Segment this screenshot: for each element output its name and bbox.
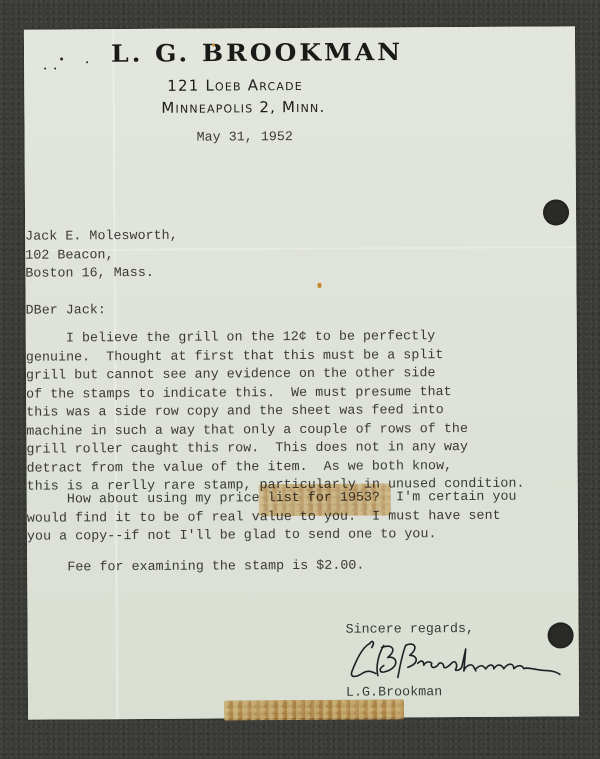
punch-hole-top (543, 199, 569, 225)
salutation: DBer Jack: (26, 301, 106, 320)
letter-date: May 31, 1952 (197, 128, 293, 147)
ink-speck (44, 68, 46, 70)
body-line: of the stamps to indicate this. We must … (26, 382, 524, 404)
letter-page: L. G. BROOKMAN 121 Loeb Arcade Minneapol… (24, 26, 579, 719)
paragraph-fee: Fee for examining the stamp is $2.00. (27, 557, 364, 578)
handwritten-signature (348, 636, 578, 683)
letterhead-address-city: Minneapolis 2, Minn. (161, 98, 325, 117)
recipient-street: 102 Beacon, (25, 245, 178, 264)
recipient-address: Jack E. Molesworth,102 Beacon,Boston 16,… (25, 227, 178, 283)
recipient-name: Jack E. Molesworth, (25, 227, 178, 246)
ink-speck (60, 57, 63, 60)
tape-stain-bottom (224, 699, 404, 720)
ink-speck (54, 67, 56, 69)
stain-spot (317, 283, 321, 288)
letterhead-address-street: 121 Loeb Arcade (167, 76, 303, 95)
paragraph-grill-opinion: I believe the grill on the 12¢ to be per… (26, 327, 525, 497)
body-line: you a copy--if not I'll be glad to send … (27, 525, 517, 546)
letterhead-name: L. G. BROOKMAN (107, 38, 407, 67)
tape-stain-middle (259, 483, 391, 516)
body-line: grill roller caught this row. This does … (26, 438, 524, 460)
ink-speck (86, 61, 88, 63)
stain-spot (212, 44, 215, 47)
recipient-city: Boston 16, Mass. (25, 264, 178, 283)
